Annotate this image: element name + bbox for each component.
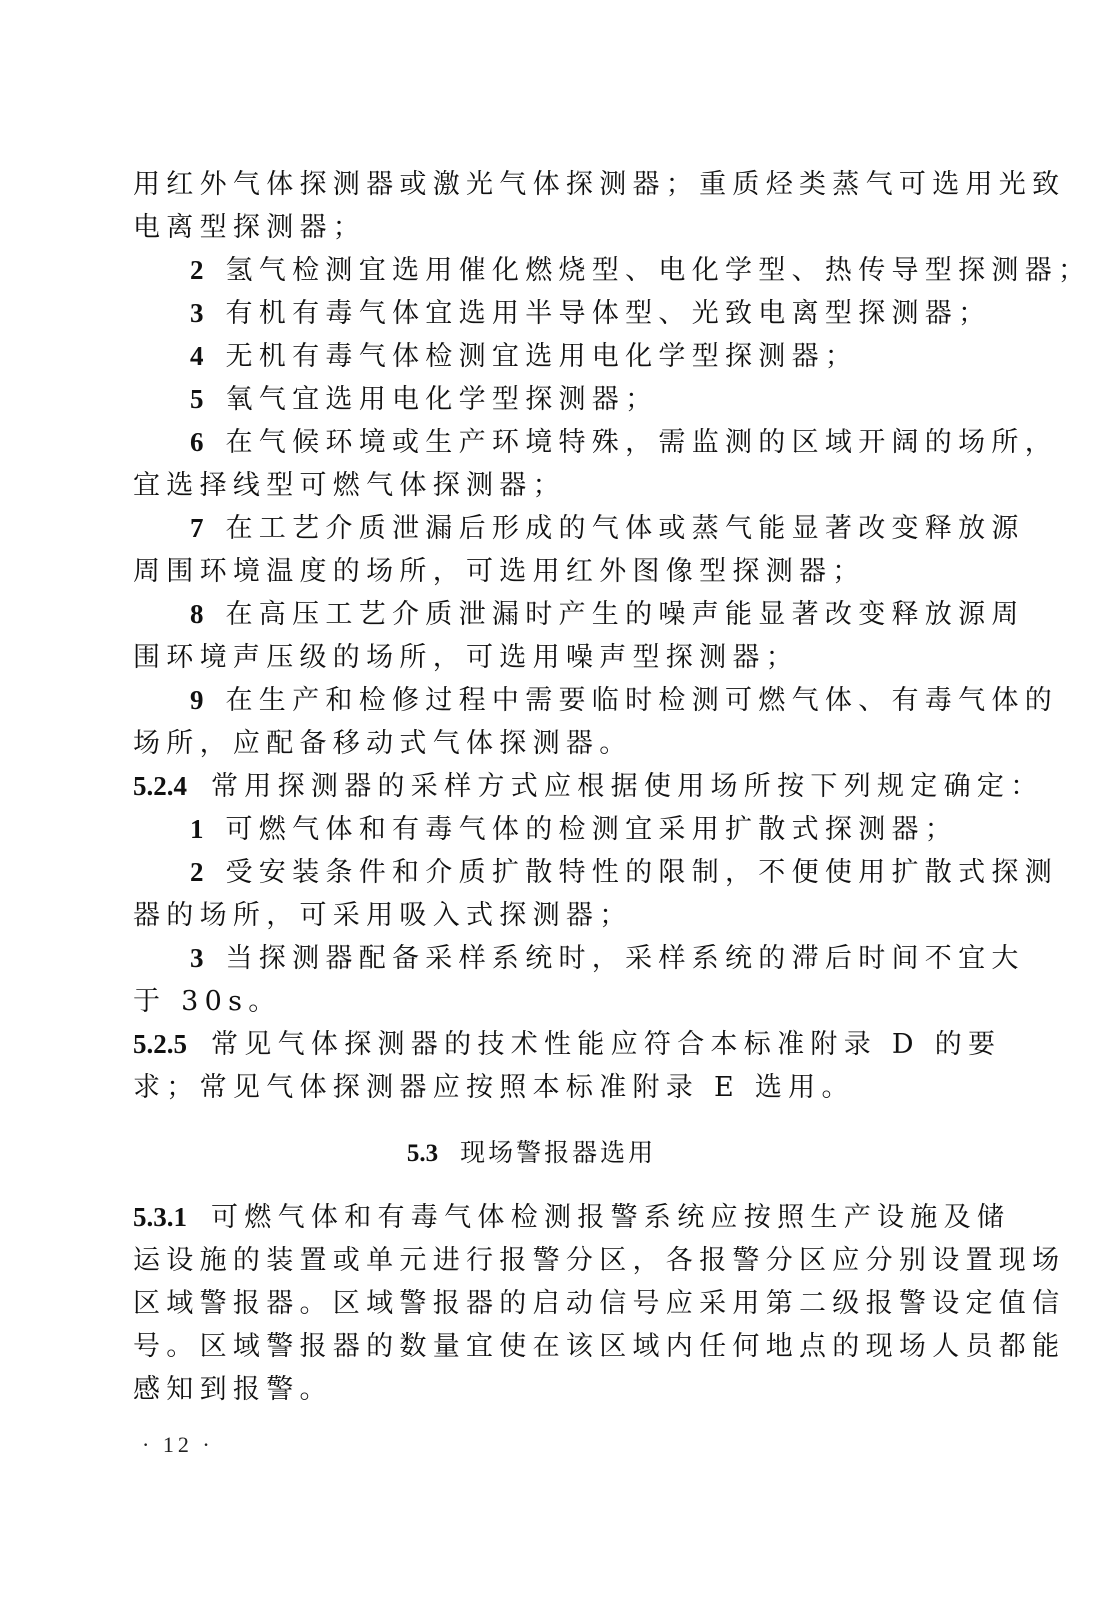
clause-number: 5.3.1: [133, 1196, 187, 1239]
item-text: 氧气宜选用电化学型探测器；: [226, 384, 659, 415]
text-line: 电离型探测器；: [133, 206, 930, 249]
item-text: 受安装条件和介质扩散特性的限制，不便使用扩散式探测: [226, 857, 1059, 888]
section-number: 5.3: [407, 1140, 438, 1167]
text-line: 于 30s。: [133, 980, 930, 1023]
item-text: 在生产和检修过程中需要临时检测可燃气体、有毒气体的: [226, 685, 1059, 716]
clause-531: 5.3.1可燃气体和有毒气体检测报警系统应按照生产设施及储: [133, 1196, 930, 1239]
item-number: 5: [190, 378, 204, 421]
item-number: 9: [190, 679, 204, 722]
clause-524: 5.2.4常用探测器的采样方式应根据使用场所按下列规定确定：: [133, 765, 930, 808]
item-text: 在气候环境或生产环境特殊，需监测的区域开阔的场所，: [226, 427, 1059, 458]
text-line: 号。区域警报器的数量宜使在该区域内任何地点的现场人员都能: [133, 1325, 930, 1368]
text-line: 宜选择线型可燃气体探测器；: [133, 464, 930, 507]
item-number: 3: [190, 292, 204, 335]
text-line: 区域警报器。区域警报器的启动信号应采用第二级报警设定值信: [133, 1282, 930, 1325]
item-text: 氢气检测宜选用催化燃烧型、电化学型、热传导型探测器；: [226, 255, 1092, 286]
item-number: 3: [190, 937, 204, 980]
item-number: 2: [190, 851, 204, 894]
text-line: 场所，应配备移动式气体探测器。: [133, 722, 930, 765]
list-item: 2氢气检测宜选用催化燃烧型、电化学型、热传导型探测器；: [133, 249, 930, 292]
list-item: 3有机有毒气体宜选用半导体型、光致电离型探测器；: [133, 292, 930, 335]
clause-text: 常见气体探测器的技术性能应符合本标准附录 D 的要: [211, 1029, 1001, 1060]
section-heading: 5.3现场警报器选用: [133, 1131, 930, 1174]
text-line: 用红外气体探测器或激光气体探测器；重质烃类蒸气可选用光致: [133, 163, 930, 206]
section-title: 现场警报器选用: [460, 1138, 656, 1167]
clause-text: 可燃气体和有毒气体检测报警系统应按照生产设施及储: [211, 1202, 1010, 1233]
list-item: 1可燃气体和有毒气体的检测宜采用扩散式探测器；: [133, 808, 930, 851]
list-item: 2受安装条件和介质扩散特性的限制，不便使用扩散式探测: [133, 851, 930, 894]
item-number: 1: [190, 808, 204, 851]
text-line: 器的场所，可采用吸入式探测器；: [133, 894, 930, 937]
list-item: 7在工艺介质泄漏后形成的气体或蒸气能显著改变释放源: [133, 507, 930, 550]
list-item: 9在生产和检修过程中需要临时检测可燃气体、有毒气体的: [133, 679, 930, 722]
list-item: 8在高压工艺介质泄漏时产生的噪声能显著改变释放源周: [133, 593, 930, 636]
item-text: 无机有毒气体检测宜选用电化学型探测器；: [226, 341, 859, 372]
clause-number: 5.2.4: [133, 765, 187, 808]
list-item: 3当探测器配备采样系统时，采样系统的滞后时间不宜大: [133, 937, 930, 980]
clause-text: 常用探测器的采样方式应根据使用场所按下列规定确定：: [211, 771, 1044, 802]
item-number: 2: [190, 249, 204, 292]
item-text: 在工艺介质泄漏后形成的气体或蒸气能显著改变释放源: [226, 513, 1025, 544]
text-line: 感知到报警。: [133, 1368, 930, 1411]
text-line: 运设施的装置或单元进行报警分区，各报警分区应分别设置现场: [133, 1239, 930, 1282]
text-line: 周围环境温度的场所，可选用红外图像型探测器；: [133, 550, 930, 593]
clause-number: 5.2.5: [133, 1023, 187, 1066]
item-number: 6: [190, 421, 204, 464]
clause-525: 5.2.5常见气体探测器的技术性能应符合本标准附录 D 的要: [133, 1023, 930, 1066]
item-number: 8: [190, 593, 204, 636]
list-item: 4无机有毒气体检测宜选用电化学型探测器；: [133, 335, 930, 378]
text-line: 围环境声压级的场所，可选用噪声型探测器；: [133, 636, 930, 679]
item-text: 在高压工艺介质泄漏时产生的噪声能显著改变释放源周: [226, 599, 1025, 630]
item-text: 当探测器配备采样系统时，采样系统的滞后时间不宜大: [226, 943, 1025, 974]
item-number: 4: [190, 335, 204, 378]
list-item: 5氧气宜选用电化学型探测器；: [133, 378, 930, 421]
page-number: · 12 ·: [142, 1432, 214, 1458]
text-line: 求；常见气体探测器应按照本标准附录 E 选用。: [133, 1066, 930, 1109]
list-item: 6在气候环境或生产环境特殊，需监测的区域开阔的场所，: [133, 421, 930, 464]
item-text: 有机有毒气体宜选用半导体型、光致电离型探测器；: [226, 298, 992, 329]
item-text: 可燃气体和有毒气体的检测宜采用扩散式探测器；: [226, 814, 959, 845]
item-number: 7: [190, 507, 204, 550]
document-page: 用红外气体探测器或激光气体探测器；重质烃类蒸气可选用光致 电离型探测器； 2氢气…: [133, 163, 930, 1411]
